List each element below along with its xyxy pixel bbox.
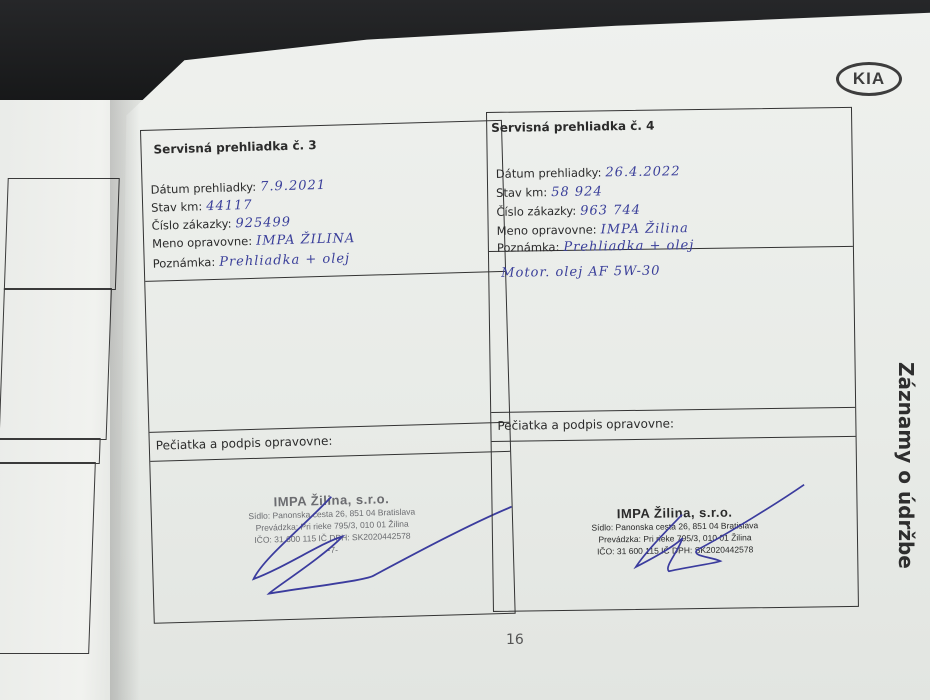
section-title: Záznamy o údržbe xyxy=(894,362,918,569)
stamp-area: IMPA Žilina, s.r.o. Sídlo: Panonska cest… xyxy=(492,437,858,602)
workshop-label: Meno opravovne: xyxy=(152,234,252,251)
order-label: Číslo zákazky: xyxy=(496,204,576,219)
note-field: Poznámka:Prehliadka + olej xyxy=(153,251,351,272)
card-title: Servisná prehliadka č. 4 xyxy=(491,119,654,135)
card-header: Servisná prehliadka č. 3 Dátum prehliadk… xyxy=(141,121,505,282)
order-field: Číslo zákazky:963 744 xyxy=(496,203,641,220)
note-label: Poznámka: xyxy=(153,255,216,271)
km-value: 44117 xyxy=(206,198,253,214)
stamp-area: IMPA Žilina, s.r.o. Sídlo: Panonska cest… xyxy=(150,452,514,622)
date-value: 26.4.2022 xyxy=(605,164,680,180)
left-page-box xyxy=(4,178,120,290)
workshop-value: IMPA Žilina xyxy=(601,221,689,237)
km-value: 58 924 xyxy=(551,184,603,200)
card-notes-area: Motor. olej AF 5W-30 xyxy=(489,247,855,413)
page-number: 16 xyxy=(506,632,524,648)
workshop-field: Meno opravovne:IMPA ŽILINA xyxy=(152,231,356,252)
company-stamp: IMPA Žilina, s.r.o. Sídlo: Panonska cest… xyxy=(493,503,858,559)
card-header: Servisná prehliadka č. 4 Dátum prehliadk… xyxy=(487,108,853,252)
stamp-label: Pečiatka a podpis opravovne: xyxy=(497,416,674,432)
card-notes-area xyxy=(145,272,509,433)
note-value: Prehliadka + olej xyxy=(219,251,350,270)
book-gutter xyxy=(110,100,140,700)
km-field: Stav km:44117 xyxy=(151,198,253,216)
stamp-label: Pečiatka a podpis opravovne: xyxy=(156,434,333,453)
km-label: Stav km: xyxy=(496,185,547,200)
order-label: Číslo zákazky: xyxy=(151,216,231,232)
date-value: 7.9.2021 xyxy=(260,178,326,195)
left-page-box xyxy=(0,288,112,440)
kia-logo: KIA xyxy=(836,62,902,96)
service-card-3: Servisná prehliadka č. 3 Dátum prehliadk… xyxy=(140,120,516,624)
left-page-box xyxy=(0,438,101,464)
date-field: Dátum prehliadky:26.4.2022 xyxy=(496,164,681,182)
order-field: Číslo zákazky:925499 xyxy=(151,215,291,234)
card-title: Servisná prehliadka č. 3 xyxy=(153,138,316,157)
order-value: 925499 xyxy=(235,215,291,232)
workshop-value: IMPA ŽILINA xyxy=(256,231,356,249)
company-stamp: IMPA Žilina, s.r.o. Sídlo: Panonska cest… xyxy=(151,488,513,561)
date-field: Dátum prehliadky:7.9.2021 xyxy=(150,178,326,198)
date-label: Dátum prehliadky: xyxy=(150,180,256,197)
order-value: 963 744 xyxy=(580,203,641,219)
workshop-field: Meno opravovne:IMPA Žilina xyxy=(497,221,689,239)
km-label: Stav km: xyxy=(151,199,202,214)
date-label: Dátum prehliadky: xyxy=(496,165,602,180)
logo-text: KIA xyxy=(853,69,885,89)
service-card-4: Servisná prehliadka č. 4 Dátum prehliadk… xyxy=(486,107,859,612)
left-page-box xyxy=(0,462,96,654)
notes-text: Motor. olej AF 5W-30 xyxy=(501,264,660,281)
workshop-label: Meno opravovne: xyxy=(497,222,597,237)
km-field: Stav km:58 924 xyxy=(496,184,603,200)
